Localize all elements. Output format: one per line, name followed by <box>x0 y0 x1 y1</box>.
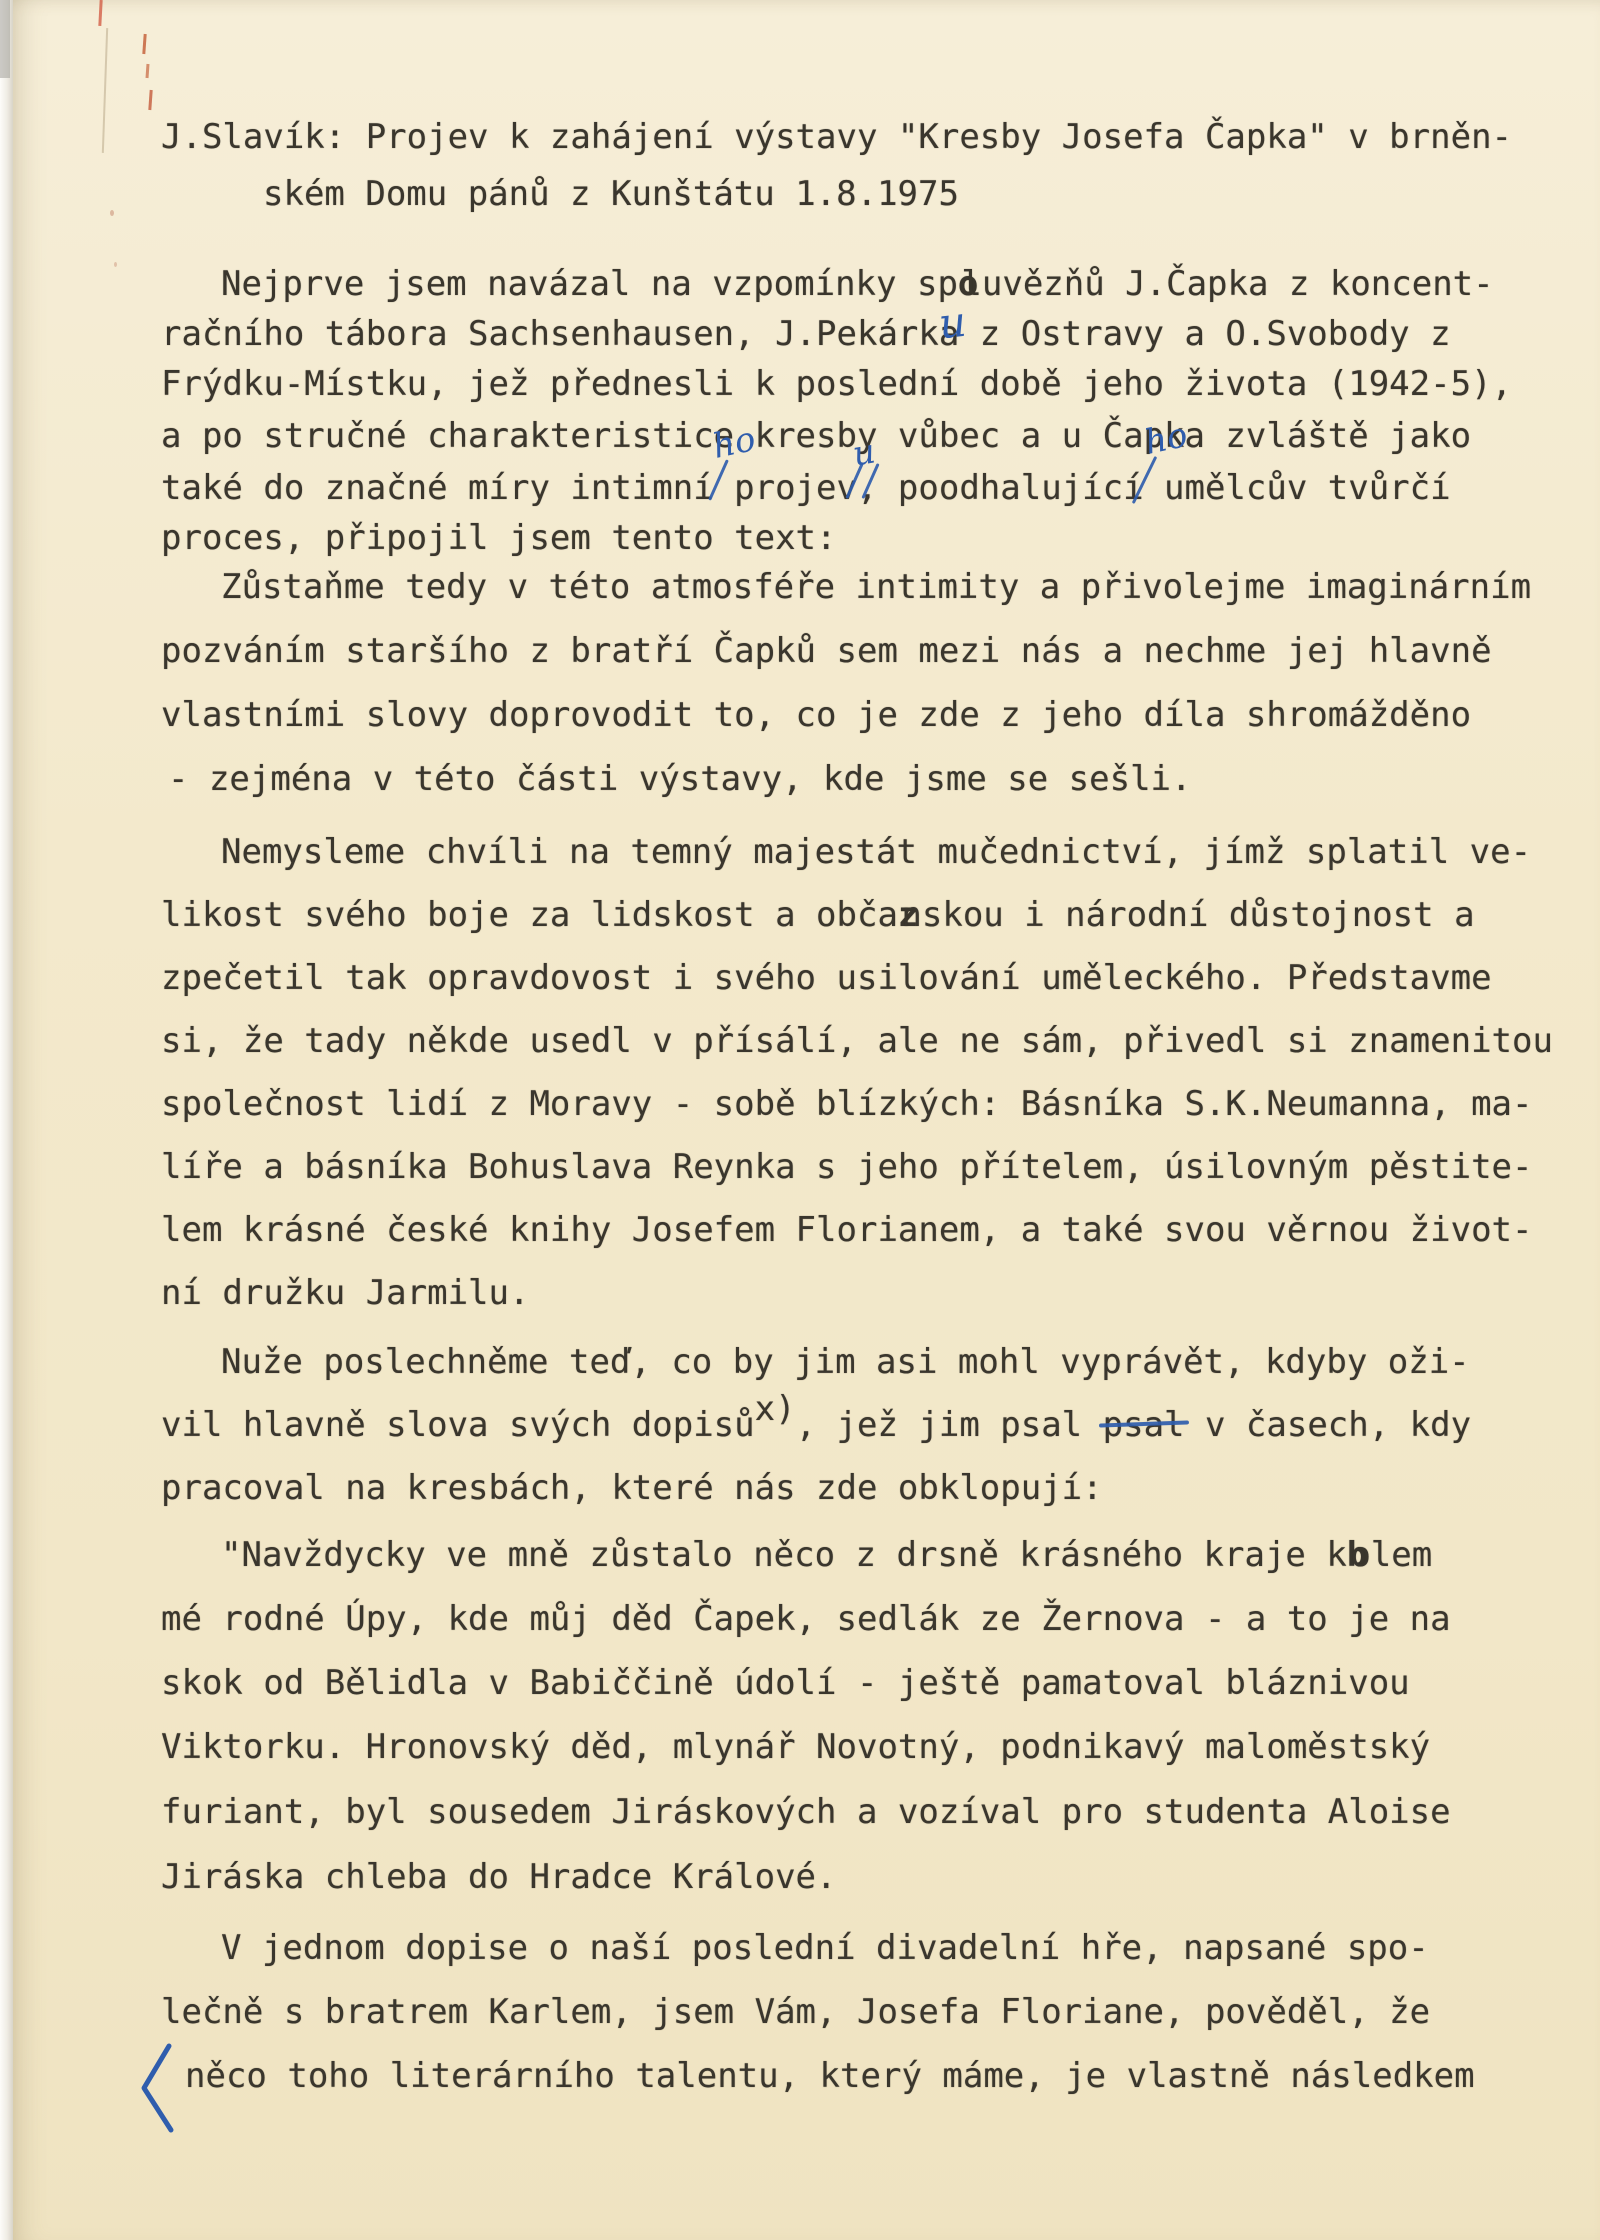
struck-word: psal <box>1103 1403 1185 1447</box>
typed-text: Zůstaňme tedy v této atmosféře intimity … <box>221 567 1531 607</box>
typed-text: račního tábora Sachsenhausen, J.Pekárka … <box>161 314 1451 354</box>
typed-line-14: si, že tady někde usedl v přísálí, ale n… <box>161 1019 1553 1063</box>
footnote-marker: x) <box>755 1387 796 1431</box>
typed-text: také do značné míry intimní projev, pood… <box>161 468 1451 508</box>
typed-line-20: vil hlavně slova svých dopisůx), jež jim… <box>161 1403 1471 1447</box>
typed-text: "Navždycky ve mně zůstalo něco z drsně k… <box>221 1535 1347 1575</box>
typed-text: vil hlavně slova svých dopisů <box>161 1405 755 1445</box>
crease-mark <box>110 210 114 216</box>
typed-text: společnost lidí z Moravy - sobě blízkých… <box>161 1084 1532 1124</box>
typed-text: v časech, kdy <box>1185 1405 1472 1445</box>
typed-line-12: likost svého boje za lidskost a občaznsk… <box>161 893 1475 937</box>
typed-text: Nejprve jsem navázal na vzpomínky sp <box>221 264 958 304</box>
typed-line-28: V jednom dopise o naší poslední divadeln… <box>221 1926 1429 1970</box>
typed-line-4: a po stručné charakteristice kresby vůbe… <box>161 414 1471 458</box>
typed-line-9: vlastními slovy doprovodit to, co je zde… <box>161 693 1471 737</box>
typed-text: luvězňů J.Čapka z koncent- <box>961 264 1493 304</box>
typed-line-29: lečně s bratrem Karlem, jsem Vám, Josefa… <box>161 1990 1430 2034</box>
typed-line-16: líře a básníka Bohuslava Reynka s jeho p… <box>161 1145 1532 1189</box>
pen-angle-bracket <box>139 2042 175 2139</box>
typed-text: vlastními slovy doprovodit to, co je zde… <box>161 695 1471 735</box>
typed-text: Nuže poslechněme teď, co by jim asi mohl… <box>221 1342 1470 1382</box>
typed-line-26: furiant, byl sousedem Jiráskových a vozí… <box>161 1790 1451 1834</box>
typed-line-6: proces, připojil jsem tento text: <box>161 516 837 560</box>
crease-mark <box>142 34 146 54</box>
typed-line-23: mé rodné Úpy, kde můj děd Čapek, sedlák … <box>161 1597 1451 1641</box>
pen-strikethrough <box>1099 1420 1189 1427</box>
typed-text: ní družku Jarmilu. <box>161 1273 529 1313</box>
scan-corner-shadow <box>0 0 10 78</box>
typed-text: - zejména v této části výstavy, kde jsme… <box>168 759 1192 799</box>
typed-line-27: Jiráska chleba do Hradce Králové. <box>161 1855 837 1899</box>
document-title-line-2: ském Domu pánů z Kunštátu 1.8.1975 <box>263 172 959 216</box>
typed-line-1: Nejprve jsem navázal na vzpomínky spoluv… <box>221 262 1494 306</box>
typed-line-17: lem krásné české knihy Josefem Florianem… <box>161 1208 1532 1252</box>
typed-line-8: pozváním staršího z bratří Čapků sem mez… <box>161 629 1492 673</box>
typed-text: líře a básníka Bohuslava Reynka s jeho p… <box>161 1147 1532 1187</box>
typed-text: Jiráska chleba do Hradce Králové. <box>161 1857 837 1897</box>
typed-text: likost svého boje za lidskost a obča <box>161 895 898 935</box>
typed-text: V jednom dopise o naší poslední divadeln… <box>221 1928 1429 1968</box>
paper-sheet: J.Slavík: Projev k zahájení výstavy "Kre… <box>13 0 1600 2240</box>
typed-text: lečně s bratrem Karlem, jsem Vám, Josefa… <box>161 1992 1430 2032</box>
typed-line-18: ní družku Jarmilu. <box>161 1271 529 1315</box>
crease-mark <box>148 90 152 110</box>
typed-text: si, že tady někde usedl v přísálí, ale n… <box>161 1021 1553 1061</box>
typed-line-15: společnost lidí z Moravy - sobě blízkých… <box>161 1082 1532 1126</box>
typed-text: Viktorku. Hronovský děd, mlynář Novotný,… <box>161 1727 1430 1767</box>
typed-line-24: skok od Bělidla v Babiččině údolí - ješt… <box>161 1661 1410 1705</box>
crease-mark <box>98 0 102 26</box>
crease-mark <box>114 262 117 267</box>
pen-correction-u-pekarku: u <box>937 301 968 346</box>
typed-text: Nemysleme chvíli na temný majestát mučed… <box>221 832 1531 872</box>
typed-text: Frýdku-Místku, jež přednesli k poslední … <box>161 364 1512 404</box>
pen-insertion-ho-poodhalujiciho: ho <box>1142 418 1191 460</box>
scanned-page: J.Slavík: Projev k zahájení výstavy "Kre… <box>0 0 1600 2240</box>
typed-line-10: - zejména v této části výstavy, kde jsme… <box>168 757 1192 801</box>
typed-line-21: pracoval na kresbách, které nás zde obkl… <box>161 1466 1103 1510</box>
typed-text: furiant, byl sousedem Jiráskových a vozí… <box>161 1792 1451 1832</box>
typed-text: proces, připojil jsem tento text: <box>161 518 837 558</box>
document-title-line-1: J.Slavík: Projev k zahájení výstavy "Kre… <box>161 115 1512 159</box>
typed-text: olem <box>1350 1535 1432 1575</box>
crease-mark <box>102 28 108 153</box>
typed-text: pozváním staršího z bratří Čapků sem mez… <box>161 631 1492 671</box>
typed-line-11: Nemysleme chvíli na temný majestát mučed… <box>221 830 1531 874</box>
typed-text: nskou i národní důstojnost a <box>901 895 1474 935</box>
typed-text: pracoval na kresbách, které nás zde obkl… <box>161 1468 1103 1508</box>
typed-text: , jež jim psal <box>796 1405 1103 1445</box>
typed-text: a po stručné charakteristice kresby vůbe… <box>161 416 1471 456</box>
typed-text: skok od Bělidla v Babiččině údolí - ješt… <box>161 1663 1410 1703</box>
typed-text: mé rodné Úpy, kde můj děd Čapek, sedlák … <box>161 1599 1451 1639</box>
typed-line-19: Nuže poslechněme teď, co by jim asi mohl… <box>221 1340 1470 1384</box>
typed-text: lem krásné české knihy Josefem Florianem… <box>161 1210 1532 1250</box>
typed-line-3: Frýdku-Místku, jež přednesli k poslední … <box>161 362 1512 406</box>
typed-line-25: Viktorku. Hronovský děd, mlynář Novotný,… <box>161 1725 1430 1769</box>
crease-mark <box>146 64 150 78</box>
typed-line-13: zpečetil tak opravdovost i svého usilová… <box>161 956 1492 1000</box>
typed-line-2: račního tábora Sachsenhausen, J.Pekárka … <box>161 312 1451 356</box>
typed-line-22: "Navždycky ve mně zůstalo něco z drsně k… <box>221 1533 1432 1577</box>
typed-line-7: Zůstaňme tedy v této atmosféře intimity … <box>221 565 1531 609</box>
pen-insertion-ho-intimniho: ho <box>710 422 759 464</box>
scan-left-edge <box>0 0 13 2240</box>
typed-text: něco toho literárního talentu, který mám… <box>185 2056 1475 2096</box>
typed-line-30: něco toho literárního talentu, který mám… <box>185 2054 1475 2098</box>
typed-line-5: také do značné míry intimní projev, pood… <box>161 466 1451 510</box>
typed-text: zpečetil tak opravdovost i svého usilová… <box>161 958 1492 998</box>
